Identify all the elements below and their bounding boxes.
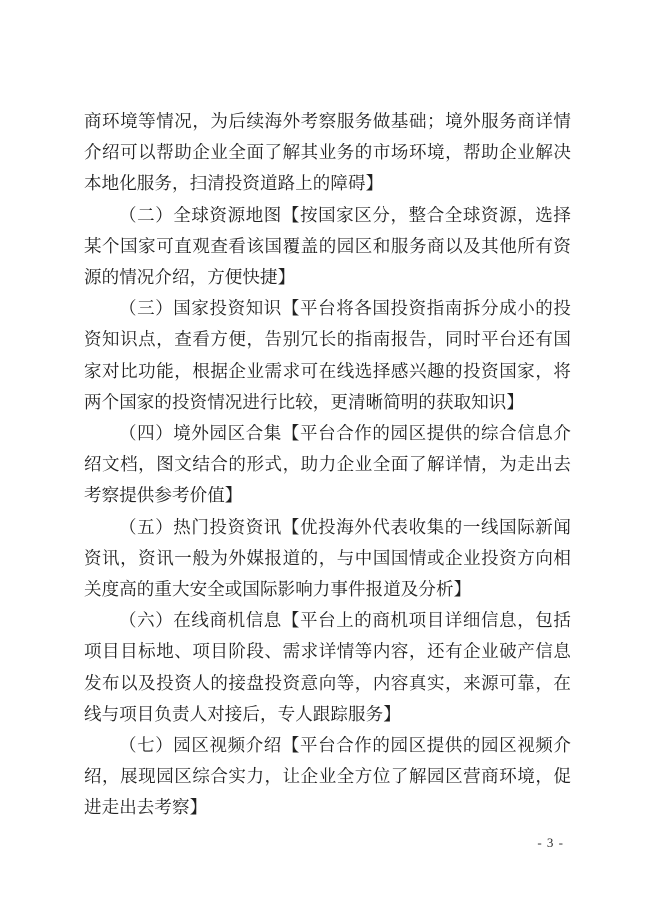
- body-paragraph: （三）国家投资知识【平台将各国投资指南拆分成小的投资知识点，查看方便，告别冗长的…: [84, 293, 571, 418]
- document-body: 商环境等情况，为后续海外考察服务做基础；境外服务商详情介绍可以帮助企业全面了解其…: [84, 106, 571, 824]
- document-page: 商环境等情况，为后续海外考察服务做基础；境外服务商详情介绍可以帮助企业全面了解其…: [0, 0, 650, 919]
- body-paragraph: （六）在线商机信息【平台上的商机项目详细信息，包括项目目标地、项目阶段、需求详情…: [84, 605, 571, 730]
- body-paragraph: （七）园区视频介绍【平台合作的园区提供的园区视频介绍，展现园区综合实力，让企业全…: [84, 730, 571, 824]
- page-number: - 3 -: [537, 835, 564, 851]
- body-paragraph: （二）全球资源地图【按国家区分，整合全球资源，选择某个国家可直观查看该国覆盖的园…: [84, 200, 571, 294]
- body-paragraph: （五）热门投资资讯【优投海外代表收集的一线国际新闻资讯，资讯一般为外媒报道的，与…: [84, 512, 571, 606]
- body-paragraph: （四）境外园区合集【平台合作的园区提供的综合信息介绍文档，图文结合的形式，助力企…: [84, 418, 571, 512]
- body-paragraph: 商环境等情况，为后续海外考察服务做基础；境外服务商详情介绍可以帮助企业全面了解其…: [84, 106, 571, 200]
